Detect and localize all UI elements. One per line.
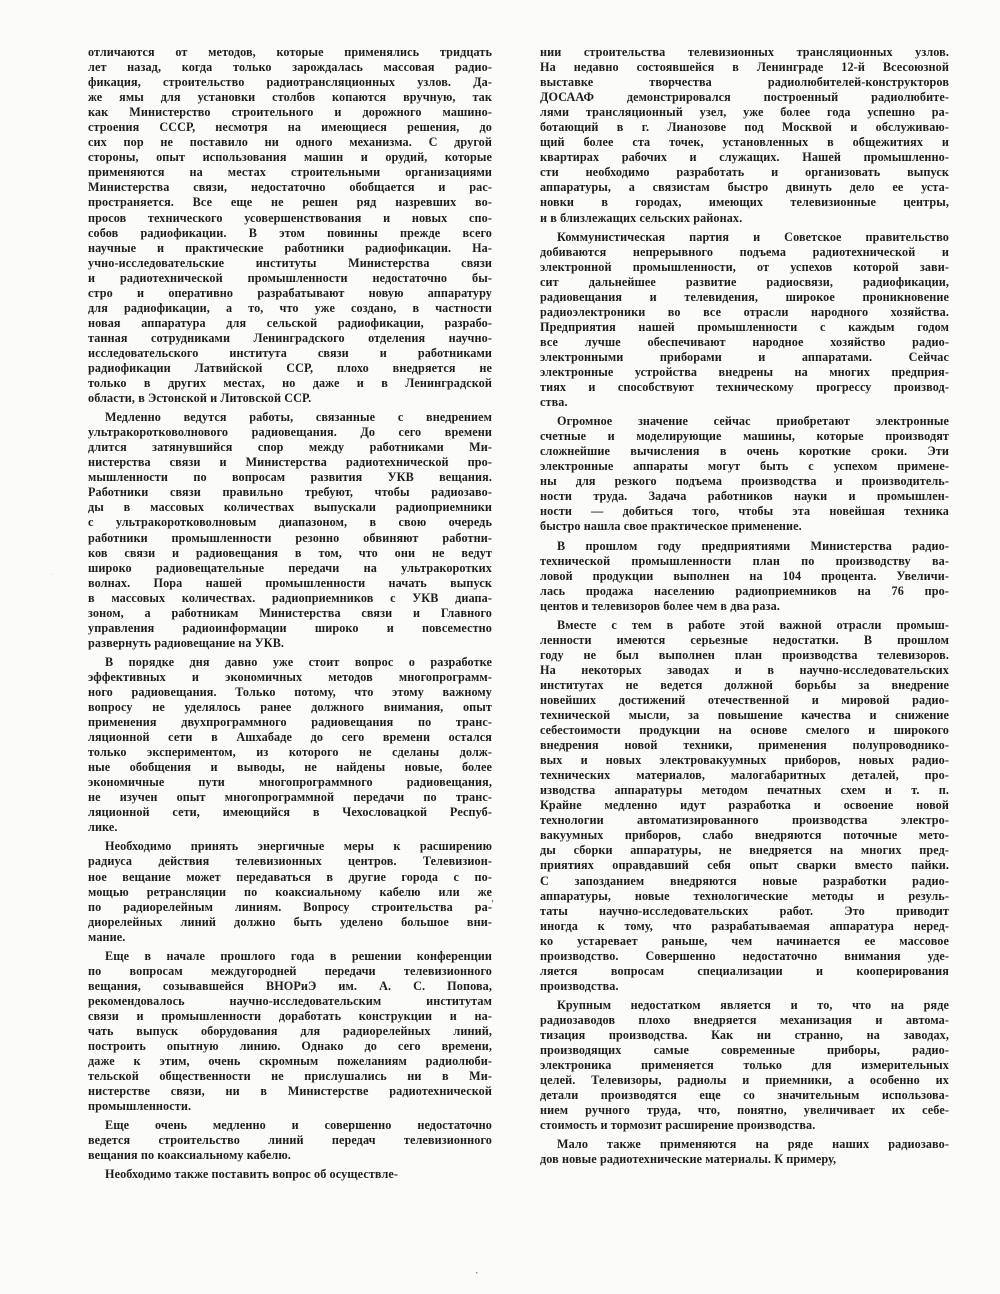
paragraph: Необходимо принять энергичные меры к рас… bbox=[88, 839, 492, 944]
text-line: Еще очень медленно и совершенно недостат… bbox=[88, 1118, 492, 1133]
text-line: внедрения новой техники, применения полу… bbox=[540, 738, 949, 753]
text-line: ное вещание может передаваться в другие … bbox=[88, 870, 492, 885]
text-line: вещания, созывавшейся ВНОРиЭ им. А. С. П… bbox=[88, 979, 492, 994]
text-line: собов радиофикации. В этом повинны прежд… bbox=[88, 226, 492, 241]
text-line: даже к этим, очень скромным пожеланиям р… bbox=[88, 1054, 492, 1069]
text-line: развернуть радиовещание на УКВ. bbox=[88, 636, 492, 651]
text-line: ловой продукции выполнен на 104 процента… bbox=[540, 569, 949, 584]
text-line: Предприятия нашей промышленности с кажды… bbox=[540, 320, 949, 335]
text-line: Огромное значение сейчас приобретают эле… bbox=[540, 414, 949, 429]
text-line: ведется строительство линий передач теле… bbox=[88, 1133, 492, 1148]
text-line: электронной промышленности, от успехов к… bbox=[540, 260, 949, 275]
text-line: ности труда. Задача работников науки и п… bbox=[540, 489, 949, 504]
text-line: году не был выполнен план производства т… bbox=[540, 648, 949, 663]
text-line: стро и оперативно разрабатывают новую ап… bbox=[88, 286, 492, 301]
text-line: области, в Эстонской и Литовской ССР. bbox=[88, 391, 492, 406]
text-line: технологии автоматизированного производс… bbox=[540, 813, 949, 828]
text-line: изводства аппаратуры методом печатных сх… bbox=[540, 783, 949, 798]
text-line: квартирах рабочих и служащих. Нашей пром… bbox=[540, 150, 949, 165]
text-line: таты научно-исследовательских работ. Это… bbox=[540, 904, 949, 919]
text-line: Необходимо также поставить вопрос об осу… bbox=[88, 1167, 492, 1182]
text-line: счетные и моделирующие машины, которые п… bbox=[540, 429, 949, 444]
text-line: просов технического усовершенствования и… bbox=[88, 211, 492, 226]
text-line: в массовых количествах. радиоприемников … bbox=[88, 591, 492, 606]
text-line: ности — добиться того, чтобы эта новейша… bbox=[540, 504, 949, 519]
text-line: мышленности по вопросам развития УКВ вещ… bbox=[88, 470, 492, 485]
text-line: радиофикации Латвийской ССР, плохо внедр… bbox=[88, 361, 492, 376]
text-line: лике. bbox=[88, 820, 492, 835]
text-line: научные и практические работники радиофи… bbox=[88, 241, 492, 256]
text-line: строения СССР, несмотря на имеющиеся реш… bbox=[88, 120, 492, 135]
text-line: вопросу не уделялось ранее должного вним… bbox=[88, 700, 492, 715]
text-line: технической мысли, за повышение качества… bbox=[540, 708, 949, 723]
text-line: новки в городах, имеющих телевизионные ц… bbox=[540, 195, 949, 210]
text-line: ны для резкого подъема производства и пр… bbox=[540, 474, 949, 489]
text-line: сти необходимо разработать и организоват… bbox=[540, 165, 949, 180]
text-line: по радиорелейным линиям. Вопросу строите… bbox=[88, 900, 492, 915]
paragraph: Необходимо также поставить вопрос об осу… bbox=[88, 1167, 492, 1182]
text-line: диорелейных линий должно быть уделено бо… bbox=[88, 915, 492, 930]
text-line: нистерства связи и Министерства радиотех… bbox=[88, 455, 492, 470]
text-line: отличаются от методов, которые применяли… bbox=[88, 45, 492, 60]
text-line: же ямы для установки столбов копаются вр… bbox=[88, 90, 492, 105]
text-line: ства. bbox=[540, 395, 949, 410]
text-line: С запозданием внедряются новые разработк… bbox=[540, 874, 949, 889]
text-line: выставке творчества радиолюбителей-конст… bbox=[540, 75, 949, 90]
text-line: ные обобщения и выводы, не найдены новые… bbox=[88, 760, 492, 775]
text-line: фикация, строительство радиотрансляционн… bbox=[88, 75, 492, 90]
text-line: ды в массовых количествах выпускали ради… bbox=[88, 500, 492, 515]
text-line: эффективных и экономичных методов многоп… bbox=[88, 670, 492, 685]
text-line: вакуумных приборов, слабо внедряются пот… bbox=[540, 828, 949, 843]
text-line: радиовещания и телевидения, широкое прон… bbox=[540, 290, 949, 305]
text-line: электронными приборами и аппаратами. Сей… bbox=[540, 350, 949, 365]
text-line: аппаратуры, а связистам быстро двинуть д… bbox=[540, 180, 949, 195]
text-line: применения двухпрограммного радиовещания… bbox=[88, 715, 492, 730]
text-line: дов новые радиотехнические материалы. К … bbox=[540, 1152, 949, 1167]
text-line: как Министерство строительного и дорожно… bbox=[88, 105, 492, 120]
text-line: Крупным недостатком является и то, что н… bbox=[540, 998, 949, 1013]
text-line: ботающий в г. Лианозове под Москвой и об… bbox=[540, 120, 949, 135]
paragraph: Медленно ведутся работы, связанные с вне… bbox=[88, 410, 492, 651]
text-line: Необходимо принять энергичные меры к рас… bbox=[88, 839, 492, 854]
text-line: танная сотрудниками Ленинградского отдел… bbox=[88, 331, 492, 346]
text-line: производства. bbox=[540, 979, 949, 994]
text-line: ды сборки аппаратуры, не внедряется на м… bbox=[540, 843, 949, 858]
text-line: широко радиовещательные передачи на ульт… bbox=[88, 561, 492, 576]
paragraph: Вместе с тем в работе этой важной отрасл… bbox=[540, 618, 949, 994]
text-line: В порядке дня давно уже стоит вопрос о р… bbox=[88, 655, 492, 670]
paragraph: В прошлом году предприятиями Министерств… bbox=[540, 539, 949, 614]
paragraph: отличаются от методов, которые применяли… bbox=[88, 45, 492, 406]
text-line: ляционной сети в Ашхабаде до сего времен… bbox=[88, 730, 492, 745]
text-line: ков связи и радиовещания в том, что они … bbox=[88, 546, 492, 561]
text-line: щий более ста точек, установленных в общ… bbox=[540, 135, 949, 150]
text-line: На некоторых заводах и в научно-исследов… bbox=[540, 663, 949, 678]
text-line: и в близлежащих сельских районах. bbox=[540, 211, 949, 226]
text-line: нистерстве связи, ни в Министерстве ради… bbox=[88, 1084, 492, 1099]
paragraph: Коммунистическая партия и Советское прав… bbox=[540, 230, 949, 411]
text-line: промышленности. bbox=[88, 1099, 492, 1114]
text-line: мощью ретрансляции по коаксиальному кабе… bbox=[88, 885, 492, 900]
text-line: мание. bbox=[88, 930, 492, 945]
text-line: аппаратуры, новые технологические методы… bbox=[540, 889, 949, 904]
text-line: тиях и способствуют техническому прогрес… bbox=[540, 380, 949, 395]
text-line: только экспериментом, из которого не сде… bbox=[88, 745, 492, 760]
text-line: Крайне медленно идут разработка и освоен… bbox=[540, 798, 949, 813]
text-line: электроника применяется только для измер… bbox=[540, 1058, 949, 1073]
text-line: лет назад, когда только зарождалась масс… bbox=[88, 60, 492, 75]
text-line: применяются на местах строительными орга… bbox=[88, 165, 492, 180]
text-line: приятиях оправдавший себя опыт сварки вм… bbox=[540, 858, 949, 873]
text-line: радиоэлектроники во все отрасли народног… bbox=[540, 305, 949, 320]
text-line: иногда к тому, что разрабатываемая аппар… bbox=[540, 919, 949, 934]
text-line: быстро нашла свое практическое применени… bbox=[540, 519, 949, 534]
text-line: волнах. Пора нашей промышленности начать… bbox=[88, 576, 492, 591]
text-line: все лучше обеспечивают народное хозяйств… bbox=[540, 335, 949, 350]
text-line: институтах не ведется должной борьбы за … bbox=[540, 678, 949, 693]
text-line: ляционной сети, имеющийся в Чехословацко… bbox=[88, 805, 492, 820]
text-line: чать выпуск оборудования для радиорелейн… bbox=[88, 1024, 492, 1039]
text-line: вещания по коаксиальному кабелю. bbox=[88, 1148, 492, 1163]
text-line: ляется вопросам специализации и кооперир… bbox=[540, 964, 949, 979]
text-line: технической промышленности план по произ… bbox=[540, 554, 949, 569]
text-line: управления радиоинформации широко и повс… bbox=[88, 621, 492, 636]
text-line: зоном, а работникам Министерства связи и… bbox=[88, 606, 492, 621]
text-line: электронные устройства внедрены на многи… bbox=[540, 365, 949, 380]
text-line: стоимость и тормозит расширение производ… bbox=[540, 1118, 949, 1133]
text-line: ДОСААФ демонстрировался построенный ради… bbox=[540, 90, 949, 105]
text-column-left: отличаются от методов, которые применяли… bbox=[88, 45, 492, 1186]
text-line: добиваются непрерывного подъема радиотех… bbox=[540, 245, 949, 260]
text-line: новейших достижений отечественной и миро… bbox=[540, 693, 949, 708]
text-line: сит дальнейшее развитие радиосвязи, ради… bbox=[540, 275, 949, 290]
text-line: связи и промышленности доработать констр… bbox=[88, 1009, 492, 1024]
text-line: сложнейшие вычисления в очень короткие с… bbox=[540, 444, 949, 459]
text-line: себестоимости продукции на основе смелог… bbox=[540, 723, 949, 738]
text-line: Вместе с тем в работе этой важной отрасл… bbox=[540, 618, 949, 633]
text-line: радиозаводов плохо внедряется механизаци… bbox=[540, 1013, 949, 1028]
text-line: пространяется. Все еще не решен ряд назр… bbox=[88, 195, 492, 210]
text-line: центов и телевизоров более чем в два раз… bbox=[540, 599, 949, 614]
scan-artifact-speck: · bbox=[51, 570, 54, 579]
text-line: ленности имеются серьезные недостатки. В… bbox=[540, 633, 949, 648]
text-line: Еще в начале прошлого года в решении кон… bbox=[88, 949, 492, 964]
text-line: ко устаревает раньше, чем начинается ее … bbox=[540, 934, 949, 949]
text-line: лась продажа населению радиоприемников н… bbox=[540, 584, 949, 599]
text-line: учно-исследовательские институты Министе… bbox=[88, 256, 492, 271]
text-line: ного радиовещания. Только потому, что эт… bbox=[88, 685, 492, 700]
text-line: Министерства связи, недостаточно обобщае… bbox=[88, 180, 492, 195]
text-line: не изучен опыт многопрограммной передачи… bbox=[88, 790, 492, 805]
text-line: тизация производства. Как ни странно, на… bbox=[540, 1028, 949, 1043]
scan-artifact-tick: ' bbox=[491, 898, 494, 910]
text-line: нием ручного труда, что, понятно, увелич… bbox=[540, 1103, 949, 1118]
text-line: тельской общественности не прислушались … bbox=[88, 1069, 492, 1084]
text-line: Медленно ведутся работы, связанные с вне… bbox=[88, 410, 492, 425]
text-line: новая аппаратура для сельской радиофикац… bbox=[88, 316, 492, 331]
text-line: производство. Совершенно недостаточно вн… bbox=[540, 949, 949, 964]
text-line: вых и новых электровакуумных приборов, н… bbox=[540, 753, 949, 768]
text-line: построить опытную линию. Однако до сего … bbox=[88, 1039, 492, 1054]
text-line: исследовательского института связи и раб… bbox=[88, 346, 492, 361]
text-line: детали производятся еще со значительным … bbox=[540, 1088, 949, 1103]
paragraph: Крупным недостатком является и то, что н… bbox=[540, 998, 949, 1133]
text-line: электронные аппараты могут быть с успехо… bbox=[540, 459, 949, 474]
document-page: отличаются от методов, которые применяли… bbox=[0, 0, 1000, 1294]
text-line: рекомендовалось научно-исследовательским… bbox=[88, 994, 492, 1009]
text-line: длится затянувшийся спор между работника… bbox=[88, 440, 492, 455]
text-column-right: нии строительства телевизионных трансляц… bbox=[540, 45, 949, 1171]
paragraph: В порядке дня давно уже стоит вопрос о р… bbox=[88, 655, 492, 836]
text-line: для радиофикации, а то, что уже создано,… bbox=[88, 301, 492, 316]
text-line: сих пор не поставило ни одного механизма… bbox=[88, 135, 492, 150]
paragraph: Огромное значение сейчас приобретают эле… bbox=[540, 414, 949, 534]
text-line: нии строительства телевизионных трансляц… bbox=[540, 45, 949, 60]
scan-artifact-dot: · bbox=[475, 1268, 478, 1279]
paragraph: Мало также применяются на ряде наших рад… bbox=[540, 1137, 949, 1167]
text-line: только в других местах, но даже и в Лени… bbox=[88, 376, 492, 391]
paragraph: Еще очень медленно и совершенно недостат… bbox=[88, 1118, 492, 1163]
text-line: радиуса действия телевизионных центров. … bbox=[88, 854, 492, 869]
paragraph: Еще в начале прошлого года в решении кон… bbox=[88, 949, 492, 1115]
text-line: ультракоротковолнового радиовещания. До … bbox=[88, 425, 492, 440]
text-line: Мало также применяются на ряде наших рад… bbox=[540, 1137, 949, 1152]
text-line: технических материалов, малогабаритных д… bbox=[540, 768, 949, 783]
text-line: На недавно состоявшейся в Ленинграде 12-… bbox=[540, 60, 949, 75]
text-line: производящих самые современные приборы, … bbox=[540, 1043, 949, 1058]
text-line: Коммунистическая партия и Советское прав… bbox=[540, 230, 949, 245]
text-line: с ультракоротковолновым диапазоном, в св… bbox=[88, 515, 492, 530]
text-line: лями трансляционный узел, уже более года… bbox=[540, 105, 949, 120]
paragraph: нии строительства телевизионных трансляц… bbox=[540, 45, 949, 226]
text-line: стороны, опыт использования машин и оруд… bbox=[88, 150, 492, 165]
text-line: по вопросам междугородней передачи телев… bbox=[88, 964, 492, 979]
text-line: и радиотехнической промышленности недост… bbox=[88, 271, 492, 286]
text-line: экономичные пути многопрограммного радио… bbox=[88, 775, 492, 790]
text-line: В прошлом году предприятиями Министерств… bbox=[540, 539, 949, 554]
text-line: целей. Телевизоры, радиолы и приемники, … bbox=[540, 1073, 949, 1088]
text-line: Работники связи правильно требуют, чтобы… bbox=[88, 485, 492, 500]
text-line: работники промышленности резонно обвиняю… bbox=[88, 531, 492, 546]
